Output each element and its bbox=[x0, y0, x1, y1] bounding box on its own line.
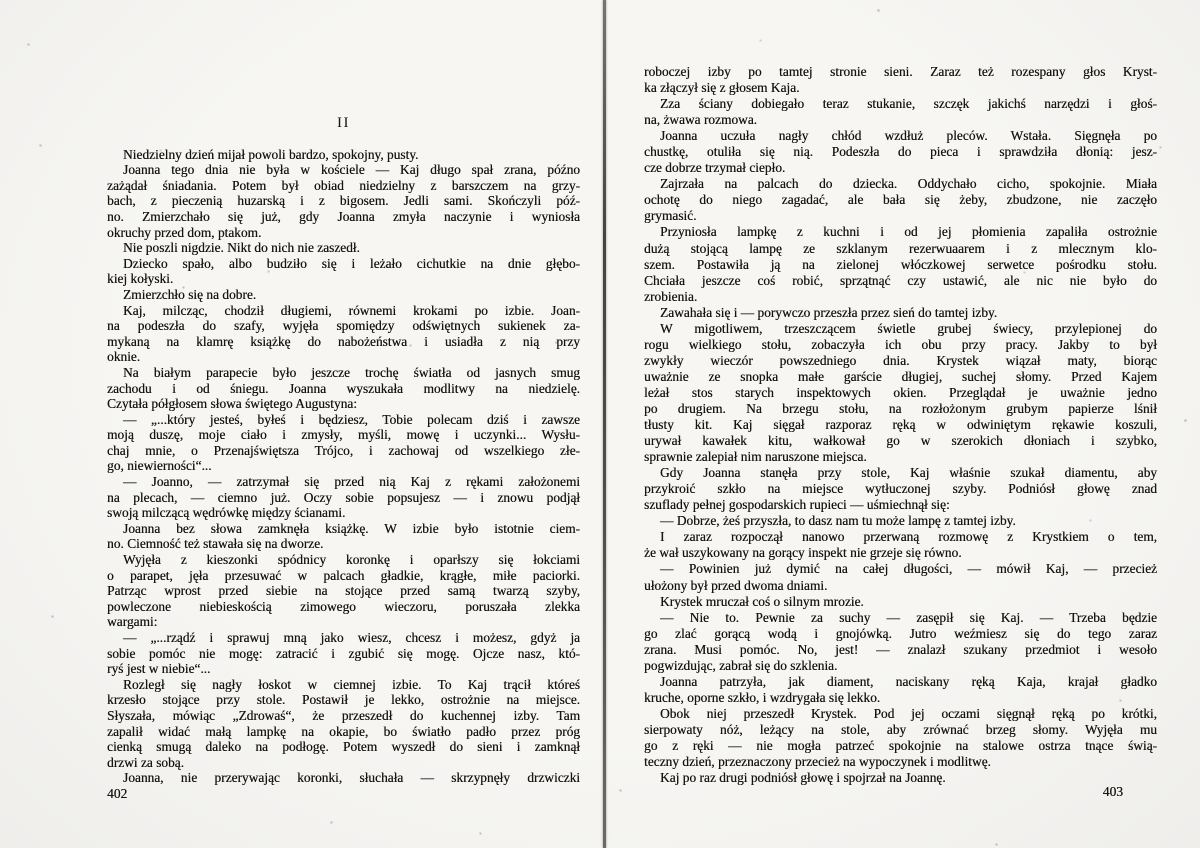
text-line: mykaną na klamrę książkę do nabożeństwa … bbox=[107, 334, 580, 350]
text-line: Patrząc wprost przed siebie na stojące p… bbox=[107, 583, 580, 599]
text-line: zachodu i od śniegu. Joanna wyszukała mo… bbox=[107, 381, 580, 397]
scan-noise bbox=[0, 0, 1, 1]
text-line: że wał uszykowany na gorący inspekt nie … bbox=[644, 545, 1157, 561]
text-line: na, żwawa rozmowa. bbox=[644, 112, 1157, 128]
text-line: moją duszę, moje ciało i zmysły, myśli, … bbox=[107, 427, 580, 443]
paragraph: Nie poszli nigdzie. Nikt do nich nie zas… bbox=[107, 240, 580, 256]
text-line: ułożony był przed dwoma dniami. bbox=[644, 578, 1157, 594]
paragraph: W migotliwem, trzeszczącem świetle grube… bbox=[644, 321, 1157, 465]
text-line: po drugiem. Na brzegu stołu, na rozłożon… bbox=[644, 401, 1157, 417]
text-line: urywał kawałek kitu, wałkował go w szero… bbox=[644, 433, 1157, 449]
paragraph: Zmierzchło się na dobre. bbox=[107, 287, 580, 303]
text-line: ka złączył się z głosem Kaja. bbox=[644, 80, 1157, 96]
text-line: krzesło stojące przy stole. Postawił je … bbox=[107, 692, 580, 708]
text-line: sprawnie zalepiał nim naruszone miejsca. bbox=[644, 449, 1157, 465]
paragraph: Zza ściany dobiegało teraz stukanie, szc… bbox=[644, 96, 1157, 128]
paragraph: — Dobrze, żeś przyszła, to dasz nam tu m… bbox=[644, 513, 1157, 529]
text-line: chaj mnie, o Przenajświętsza Trójco, i z… bbox=[107, 443, 580, 459]
text-line: Gdy Joanna stanęła przy stole, Kaj właśn… bbox=[644, 465, 1157, 481]
text-line: na podeszła do szafy, wyjęła spomiędzy o… bbox=[107, 318, 580, 334]
text-line: sierpowaty nóż, leżący na stole, aby zró… bbox=[644, 722, 1157, 738]
chapter-heading: II bbox=[107, 116, 580, 132]
text-line: szuflady pełnej gospodarskich rupieci — … bbox=[644, 497, 1157, 513]
paragraph: Rozległ się nagły łoskot w ciemnej izbie… bbox=[107, 677, 580, 771]
text-line: Dziecko spało, albo budziło się i leżało… bbox=[107, 256, 580, 272]
paragraph: Na białym parapecie było jeszcze trochę … bbox=[107, 365, 580, 412]
paragraph: — Nie to. Pewnie za suchy — zasępił się … bbox=[644, 610, 1157, 674]
text-line: Obok niej przeszedł Krystek. Pod jej ocz… bbox=[644, 706, 1157, 722]
left-text-column: Niedzielny dzień mijał powoli bardzo, sp… bbox=[107, 147, 580, 786]
text-line: Joanna tego dnia nie była w kościele — K… bbox=[107, 162, 580, 178]
text-line: okruchy przed dom, ptakom. bbox=[107, 225, 580, 241]
text-line: ochotę do niego zagadać, ale bała się że… bbox=[644, 192, 1157, 208]
text-line: zrana. Musi pomóc. No, jest! — znalazł s… bbox=[644, 642, 1157, 658]
text-line: na plecach, — ciemno już. Oczy sobie pop… bbox=[107, 490, 580, 506]
text-line: Joanna, nie przerywając koronki, słuchał… bbox=[107, 770, 580, 786]
text-line: Niedzielny dzień mijał powoli bardzo, sp… bbox=[107, 147, 580, 163]
paragraph: Wyjęła z kieszonki spódnicy koronkę i op… bbox=[107, 552, 580, 630]
page-number: 402 bbox=[107, 786, 127, 802]
text-line: powleczone niebieskością zimowego wieczo… bbox=[107, 599, 580, 615]
text-line: Zza ściany dobiegało teraz stukanie, szc… bbox=[644, 96, 1157, 112]
text-line: zażądał śniadania. Potem był obiad niedz… bbox=[107, 178, 580, 194]
paragraph: — Powinien już dymić na całej długości, … bbox=[644, 561, 1157, 593]
paragraph: Kaj, milcząc, chodził długiemi, równemi … bbox=[107, 303, 580, 365]
text-line: chustkę, otuliła się nią. Podeszła do pi… bbox=[644, 144, 1157, 160]
paragraph: Joanna, nie przerywając koronki, słuchał… bbox=[107, 770, 580, 786]
book-scan: II Niedzielny dzień mijał powoli bardzo,… bbox=[0, 0, 1200, 848]
left-page: II Niedzielny dzień mijał powoli bardzo,… bbox=[107, 116, 580, 786]
text-line: teczny dzień, przeznaczony przecież na w… bbox=[644, 754, 1157, 770]
text-line: o parapet, jęła przesuwać w palcach gład… bbox=[107, 568, 580, 584]
text-line: zapalił widać małą lampkę na okapie, bo … bbox=[107, 724, 580, 740]
paragraph: Dziecko spało, albo budziło się i leżało… bbox=[107, 256, 580, 287]
text-line: Rozległ się nagły łoskot w ciemnej izbie… bbox=[107, 677, 580, 693]
text-line: Przyniosła lampkę z kuchni i od jej płom… bbox=[644, 224, 1157, 240]
text-line: szem. Postawiła ją na zielonej włóczkowe… bbox=[644, 257, 1157, 273]
text-line: no. Ciemność też stawała się na dworze. bbox=[107, 536, 580, 552]
paragraph: roboczej izby po tamtej stronie sieni. Z… bbox=[644, 64, 1157, 96]
paragraph: — Joanno, — zatrzymał się przed nią Kaj … bbox=[107, 474, 580, 521]
paragraph: — „...który jesteś, byłeś i będziesz, To… bbox=[107, 412, 580, 474]
paragraph: Gdy Joanna stanęła przy stole, Kaj właśn… bbox=[644, 465, 1157, 513]
text-line: I zaraz rozpoczął nanowo przerwaną rozmo… bbox=[644, 529, 1157, 545]
paragraph: Przyniosła lampkę z kuchni i od jej płom… bbox=[644, 224, 1157, 304]
paragraph: Joanna tego dnia nie była w kościele — K… bbox=[107, 162, 580, 240]
text-line: Zawahała się i — porywczo przeszła przez… bbox=[644, 305, 1157, 321]
right-page: roboczej izby po tamtej stronie sieni. Z… bbox=[644, 64, 1157, 786]
text-line: W migotliwem, trzeszczącem świetle grube… bbox=[644, 321, 1157, 337]
right-text-column: roboczej izby po tamtej stronie sieni. Z… bbox=[644, 64, 1157, 786]
paragraph: — „...rządź i sprawuj mną jako wiesz, ch… bbox=[107, 630, 580, 677]
text-line: — „...który jesteś, byłeś i będziesz, To… bbox=[107, 412, 580, 428]
text-line: no. Zmierzchało się już, gdy Joanna zmył… bbox=[107, 209, 580, 225]
paragraph: Obok niej przeszedł Krystek. Pod jej ocz… bbox=[644, 706, 1157, 770]
text-line: Joanna uczuła nagły chłód wzdłuż pleców.… bbox=[644, 128, 1157, 144]
text-line: tłusty kit. Kaj sięgał razporaz ręką w o… bbox=[644, 417, 1157, 433]
text-line: cienką smugą daleko na podłogę. Potem wy… bbox=[107, 739, 580, 755]
paragraph: Joanna bez słowa zamknęła książkę. W izb… bbox=[107, 521, 580, 552]
text-line: go, niewierności“... bbox=[107, 458, 580, 474]
text-line: przykroić szkło na miejsce wytłuczonej s… bbox=[644, 481, 1157, 497]
text-line: zwykły wieczór powszedniego dnia. Kryste… bbox=[644, 353, 1157, 369]
text-line: roboczej izby po tamtej stronie sieni. Z… bbox=[644, 64, 1157, 80]
text-line: Słyszała, mówiąc „Zdrowaś“, że przeszedł… bbox=[107, 708, 580, 724]
text-line: oknie. bbox=[107, 349, 580, 365]
text-line: pogwizdując, zabrał się do szklenia. bbox=[644, 658, 1157, 674]
text-line: — Nie to. Pewnie za suchy — zasępił się … bbox=[644, 610, 1157, 626]
paragraph: Joanna uczuła nagły chłód wzdłuż pleców.… bbox=[644, 128, 1157, 176]
text-line: leżał stos starych inspektowych okien. P… bbox=[644, 385, 1157, 401]
text-line: Chciała jeszcze coś robić, sprzątnąć czy… bbox=[644, 273, 1157, 289]
text-line: zrobienia. bbox=[644, 289, 1157, 305]
text-line: — Dobrze, żeś przyszła, to dasz nam tu m… bbox=[644, 513, 1157, 529]
text-line: Kaj, milcząc, chodził długiemi, równemi … bbox=[107, 303, 580, 319]
text-line: Joanna bez słowa zamknęła książkę. W izb… bbox=[107, 521, 580, 537]
text-line: grymasić. bbox=[644, 208, 1157, 224]
text-line: kruche, oporne szkło, i wzdrygała się le… bbox=[644, 690, 1157, 706]
paragraph: Zajrzała na palcach do dziecka. Oddychał… bbox=[644, 176, 1157, 224]
page-number: 403 bbox=[1103, 784, 1123, 800]
text-line: Zmierzchło się na dobre. bbox=[107, 287, 580, 303]
paragraph: Krystek mruczał coś o silnym mrozie. bbox=[644, 594, 1157, 610]
paragraph: I zaraz rozpoczął nanowo przerwaną rozmo… bbox=[644, 529, 1157, 561]
text-line: Kaj po raz drugi podniósł głowę i spojrz… bbox=[644, 770, 1157, 786]
text-line: dużą stojącą lampę ze szklanym rezerwuaa… bbox=[644, 241, 1157, 257]
text-line: go zlać gorącą wodą i gnojówką. Jutro we… bbox=[644, 626, 1157, 642]
text-line: rogu wielkiego stołu, zobaczyła ich obu … bbox=[644, 337, 1157, 353]
text-line: go z ręki — nie mogła patrzeć spokojnie … bbox=[644, 738, 1157, 754]
text-line: ryś jest w niebie“... bbox=[107, 661, 580, 677]
text-line: wargami: bbox=[107, 614, 580, 630]
text-line: Czytała półgłosem słowa świętego Augusty… bbox=[107, 396, 580, 412]
text-line: — Powinien już dymić na całej długości, … bbox=[644, 561, 1157, 577]
text-line: sobie pomóc nie mogę: zatracić i zgubić … bbox=[107, 646, 580, 662]
paragraph: Niedzielny dzień mijał powoli bardzo, sp… bbox=[107, 147, 580, 163]
text-line: drzwi za sobą. bbox=[107, 755, 580, 771]
text-line: — Joanno, — zatrzymał się przed nią Kaj … bbox=[107, 474, 580, 490]
text-line: cze dobrze trzymał ciepło. bbox=[644, 160, 1157, 176]
text-line: Zajrzała na palcach do dziecka. Oddychał… bbox=[644, 176, 1157, 192]
text-line: Nie poszli nigdzie. Nikt do nich nie zas… bbox=[107, 240, 580, 256]
text-line: Na białym parapecie było jeszcze trochę … bbox=[107, 365, 580, 381]
text-line: Wyjęła z kieszonki spódnicy koronkę i op… bbox=[107, 552, 580, 568]
paragraph: Kaj po raz drugi podniósł głowę i spojrz… bbox=[644, 770, 1157, 786]
text-line: swoją milczącą wędrówkę między ścianami. bbox=[107, 505, 580, 521]
text-line: Joanna patrzyła, jak diament, naciskany … bbox=[644, 674, 1157, 690]
text-line: Krystek mruczał coś o silnym mrozie. bbox=[644, 594, 1157, 610]
text-line: — „...rządź i sprawuj mną jako wiesz, ch… bbox=[107, 630, 580, 646]
paragraph: Zawahała się i — porywczo przeszła przez… bbox=[644, 305, 1157, 321]
text-line: kiej kołyski. bbox=[107, 271, 580, 287]
text-line: uważnie ze snopka małe garście długiej, … bbox=[644, 369, 1157, 385]
text-line: bach, z pieczenią huzarską i z bigosem. … bbox=[107, 193, 580, 209]
page-gutter-line bbox=[603, 0, 606, 848]
paragraph: Joanna patrzyła, jak diament, naciskany … bbox=[644, 674, 1157, 706]
